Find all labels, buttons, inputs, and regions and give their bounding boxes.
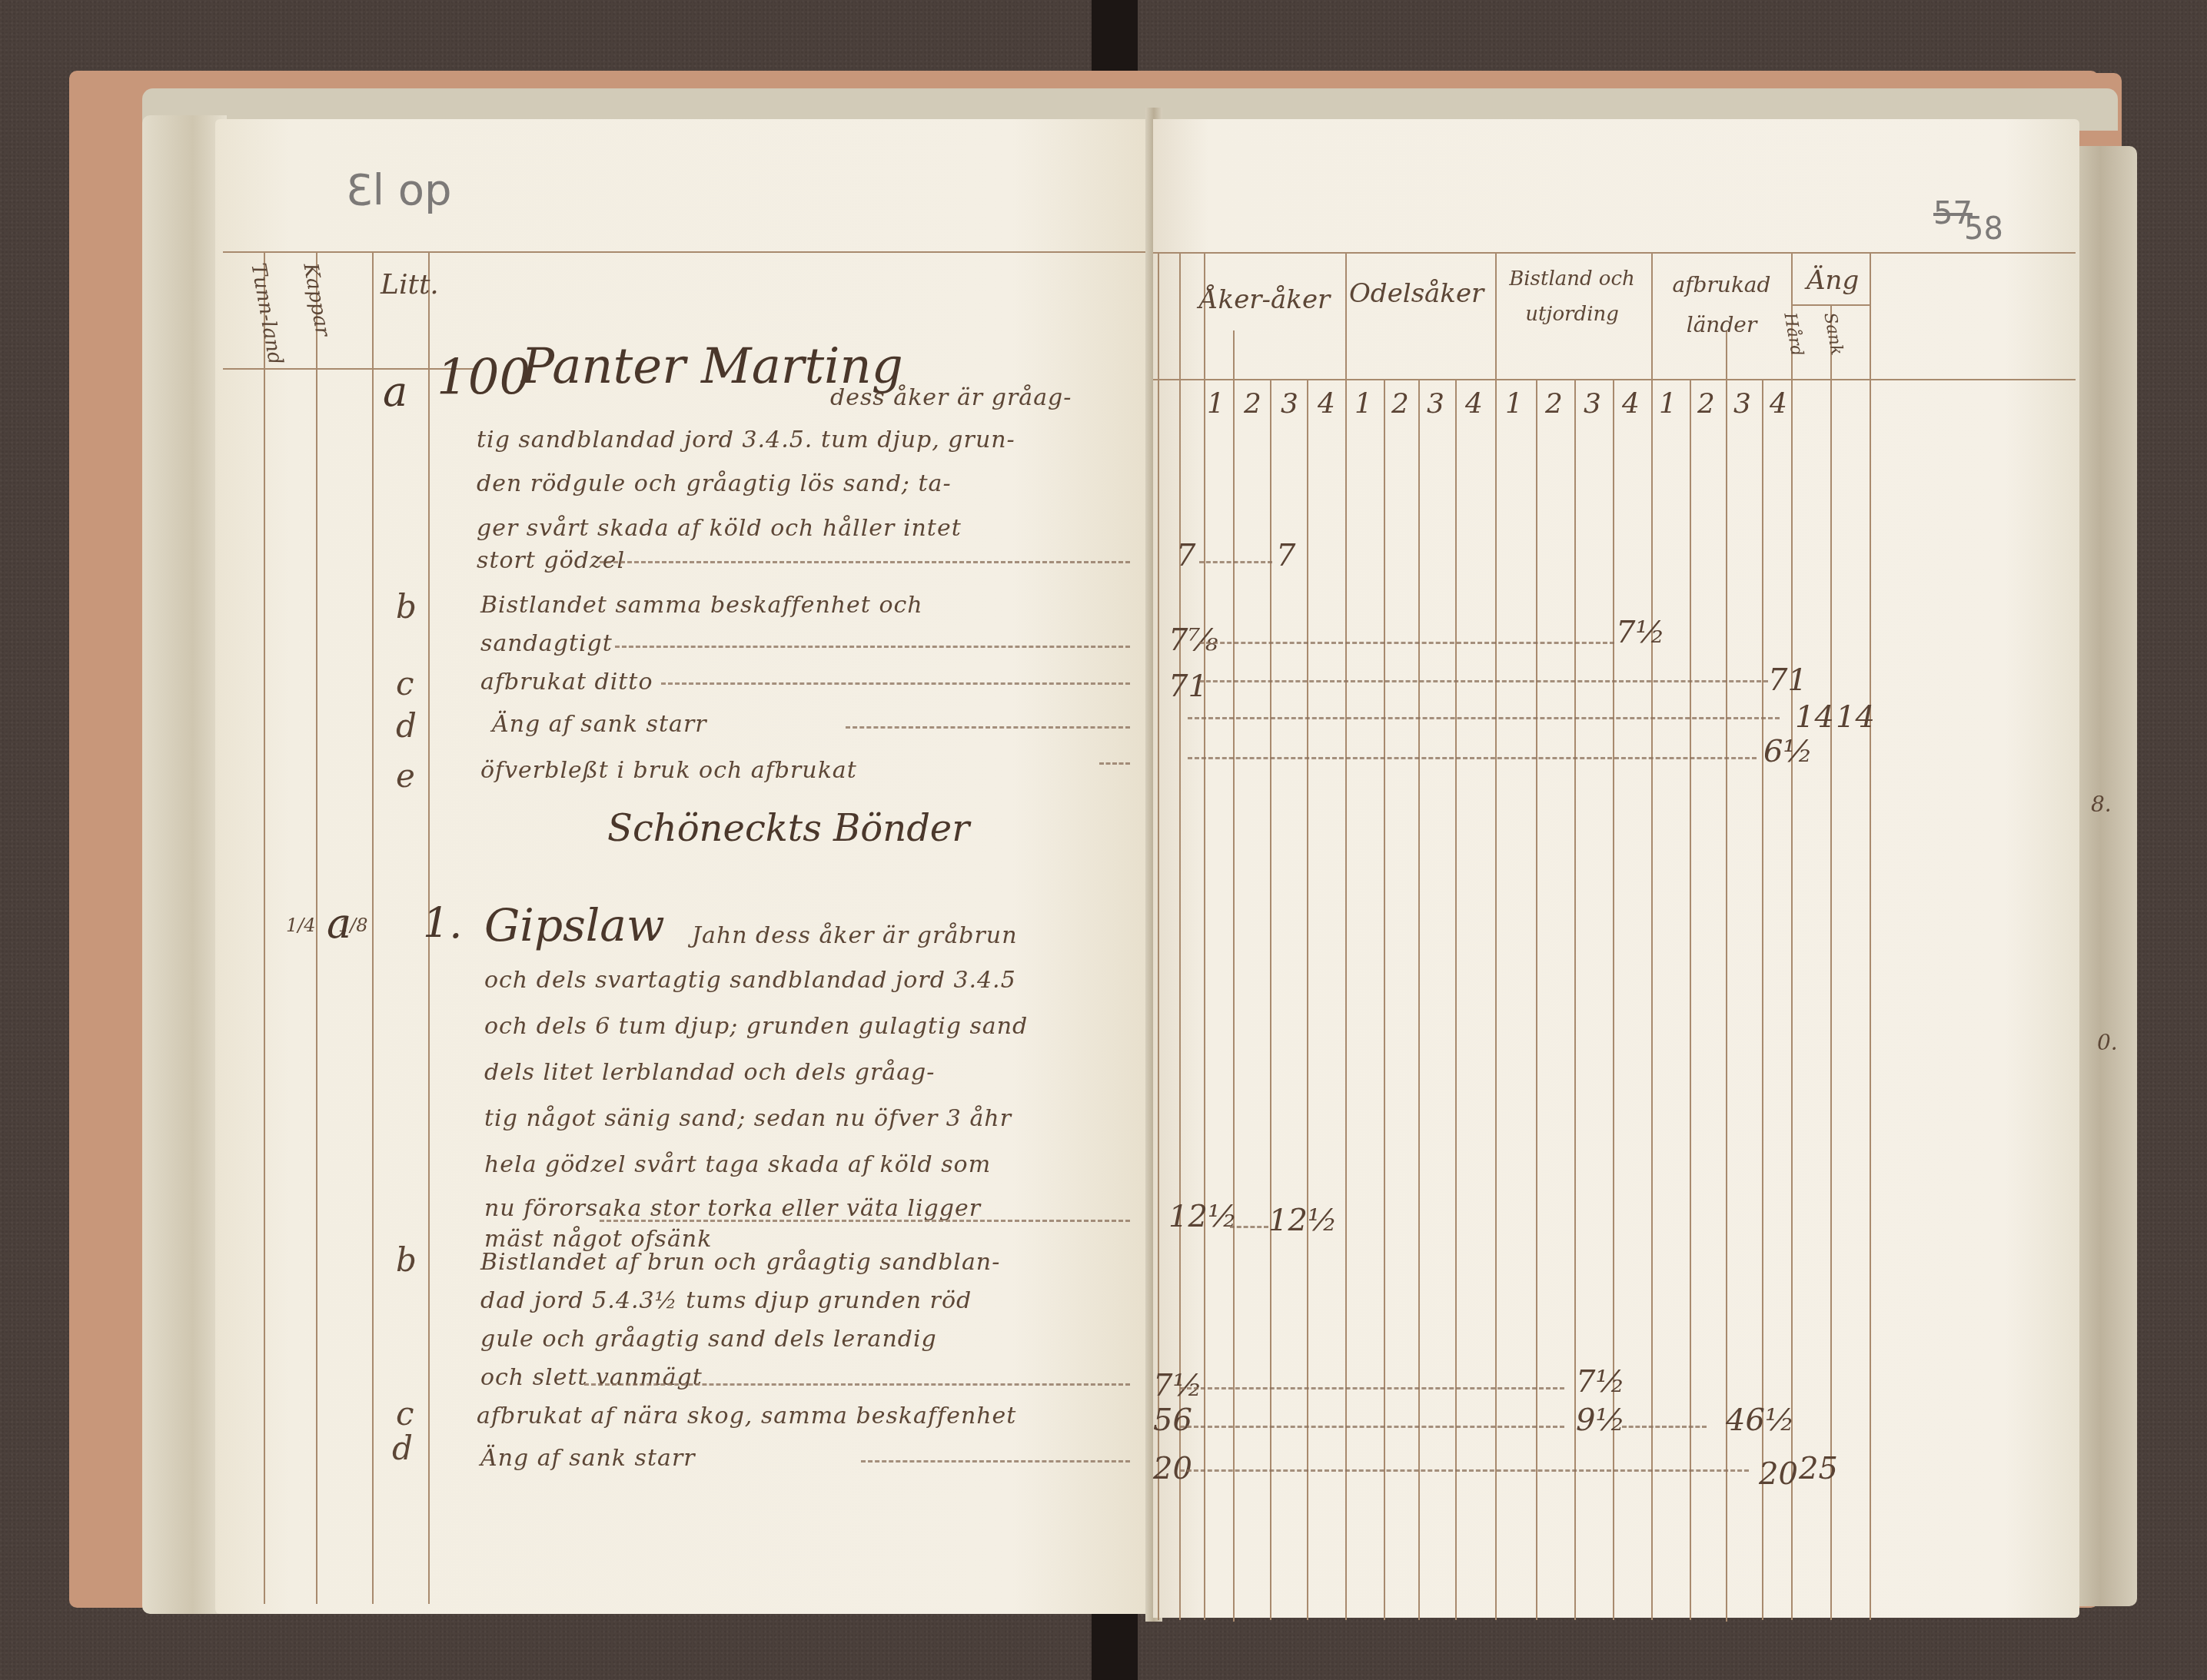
- entry-letter: a: [327, 899, 351, 948]
- entry-line: hela gödzel svårt taga skada af köld som: [484, 1151, 991, 1178]
- entry-line: och slett vanmägt: [480, 1364, 703, 1391]
- col-rule: [1690, 379, 1691, 1620]
- subcol-num: 3: [1584, 388, 1601, 420]
- colgroup-ang: Äng: [1806, 265, 1859, 296]
- entry-letter: e: [396, 757, 415, 795]
- header-bottom-rule: [1153, 379, 2076, 380]
- entry-line: dad jord 5.4.3½ tums djup grunden röd: [480, 1287, 972, 1314]
- entry-line: gule och gråagtig sand dels lerandig: [480, 1326, 937, 1353]
- subcol-num: 4: [1770, 388, 1787, 420]
- row-total: 7½: [1153, 1368, 1202, 1403]
- entry-line: Jahn dess åker är gråbrun: [692, 922, 1017, 949]
- entry-letter: a: [383, 367, 407, 416]
- pencil-page-number: 58: [1964, 211, 2003, 247]
- col-rule: [1830, 304, 1832, 1620]
- col-rule: [1455, 379, 1457, 1620]
- leader-dash: [1180, 1387, 1564, 1389]
- entry-line: den rödgule och gråagtig lös sand; ta-: [477, 470, 952, 497]
- leader-dash: [1188, 717, 1780, 719]
- entry-line: Bistlandet af brun och gråagtig sandblan…: [480, 1249, 1000, 1276]
- leader-dash: [615, 646, 1130, 648]
- col-rule: [1204, 252, 1205, 1620]
- header-top-rule: [223, 251, 1153, 253]
- leader-dash: [1622, 1426, 1707, 1428]
- entry-line: Äng af sank starr: [480, 1445, 696, 1472]
- subcol-num: 2: [1244, 388, 1261, 420]
- entry-number: 100: [437, 350, 530, 407]
- colgroup-odelsaker: Odelsåker: [1349, 278, 1484, 309]
- leader-dash: [1199, 561, 1272, 563]
- row-total: 56: [1153, 1403, 1192, 1438]
- subcol-num: 1: [1505, 388, 1523, 420]
- leader-dash: [1180, 1426, 1564, 1428]
- col-rule: [1345, 252, 1347, 1620]
- entry-line: och dels 6 tum djup; grunden gulagtig sa…: [484, 1013, 1028, 1040]
- row-total: 20: [1153, 1451, 1192, 1486]
- colgroup-bistland: Bistland och utjording: [1499, 261, 1645, 332]
- col-rule: [1870, 252, 1871, 1620]
- col-rule: [264, 251, 265, 1604]
- fraction-mark: 1/4: [286, 915, 316, 936]
- entry-line: afbrukat af nära skog, samma beskaffenhe…: [477, 1403, 1016, 1429]
- cell-value: 6½: [1763, 734, 1813, 769]
- subcol-num: 1: [1207, 388, 1225, 420]
- entry-letter: c: [396, 665, 414, 702]
- col-rule: [1651, 252, 1653, 1620]
- subcol-num: 2: [1697, 388, 1715, 420]
- entry-line: sandagtigt: [480, 630, 613, 657]
- cell-value: 9½: [1576, 1403, 1625, 1438]
- col-rule: [1536, 379, 1537, 1620]
- subcol-num: 1: [1354, 388, 1372, 420]
- cell-value: 20: [1759, 1456, 1798, 1492]
- entry-line: och dels svartagtig sandblandad jord 3.4…: [484, 967, 1016, 994]
- entry-letter: b: [396, 588, 417, 626]
- entry-line: dess åker är gråag-: [830, 384, 1072, 411]
- entry-line: tig sandblandad jord 3.4.5. tum djup, gr…: [477, 427, 1015, 453]
- subcol-num: 3: [1733, 388, 1751, 420]
- margin-mark: 8.: [2091, 792, 2112, 817]
- col-rule: [1495, 252, 1497, 1620]
- leader-dash: [1199, 680, 1768, 682]
- section-heading: Schöneckts Bönder: [607, 807, 969, 850]
- cell-value: 14: [1795, 699, 1834, 735]
- cell-value: 71: [1768, 662, 1807, 698]
- col-rule: [372, 251, 374, 1604]
- row-total: 7⅞: [1168, 623, 1218, 658]
- leader-dash: [584, 1383, 1130, 1386]
- col-rule: [1307, 379, 1308, 1620]
- entry-line: nu förorsaka stor torka eller väta ligge…: [484, 1195, 981, 1222]
- col-rule: [1418, 379, 1420, 1620]
- col-rule: [316, 251, 317, 1604]
- page-stack-left: [142, 115, 227, 1614]
- entry-line: Bistlandet samma beskaffenhet och: [480, 592, 923, 619]
- entry-title: Gipslaw: [484, 899, 665, 951]
- entry-letter: d: [392, 1429, 413, 1467]
- leader-dash: [861, 1460, 1130, 1463]
- row-total: 7: [1176, 538, 1195, 573]
- subcol-num: 3: [1427, 388, 1444, 420]
- subcol-num: 4: [1465, 388, 1483, 420]
- cell-value: 7: [1276, 538, 1295, 573]
- margin-mark: 0.: [2097, 1030, 2118, 1055]
- entry-line: Äng af sank starr: [492, 711, 707, 738]
- entry-line: ger svårt skada af köld och håller intet: [477, 515, 962, 542]
- page-stack-right: [2076, 146, 2137, 1606]
- entry-line: tig något sänig sand; sedan nu öfver 3 å…: [484, 1105, 1012, 1132]
- entry-letter: b: [396, 1241, 417, 1279]
- row-total: 71: [1168, 669, 1208, 704]
- cell-value: 14: [1836, 699, 1875, 735]
- entry-number: 1.: [423, 899, 463, 948]
- entry-line: dels litet lerblandad och dels gråag-: [484, 1059, 935, 1086]
- col-rule: [1384, 379, 1385, 1620]
- subcol-num: 1: [1659, 388, 1677, 420]
- leader-dash: [1188, 757, 1757, 759]
- col-rule: [1270, 379, 1271, 1620]
- subcol-num: 2: [1391, 388, 1409, 420]
- colgroup-afbrukad: afbrukad länder: [1654, 265, 1789, 345]
- leader-dash: [1230, 1226, 1268, 1228]
- colgroup-aker: Åker-åker: [1199, 284, 1330, 315]
- cell-value: 7½: [1616, 615, 1665, 650]
- entry-letter: d: [396, 707, 417, 745]
- header-col-litt: Litt.: [381, 269, 439, 300]
- leader-dash: [600, 1220, 1130, 1222]
- cell-value: 7½: [1576, 1364, 1625, 1399]
- cell-value: 25: [1799, 1451, 1838, 1486]
- subcol-num: 4: [1318, 388, 1335, 420]
- cell-value: 46½: [1726, 1403, 1795, 1438]
- cell-value: 12½: [1268, 1203, 1338, 1238]
- pencil-mark: Ɛl op: [346, 165, 452, 215]
- leader-dash: [846, 726, 1130, 729]
- header-top-rule: [1153, 252, 2076, 254]
- col-rule: [1233, 330, 1235, 1622]
- row-total: 12½: [1168, 1199, 1238, 1234]
- subcol-num: 2: [1545, 388, 1563, 420]
- entry-line: afbrukat ditto: [480, 669, 653, 696]
- entry-line: öfverbleßt i bruk och afbrukat: [480, 757, 857, 784]
- leader-dash: [1180, 1469, 1749, 1472]
- subcol-num: 3: [1281, 388, 1298, 420]
- entry-letter: c: [396, 1395, 414, 1433]
- leader-dash: [661, 682, 1130, 685]
- subcol-num: 4: [1622, 388, 1640, 420]
- leader-dash: [1099, 762, 1130, 765]
- leader-dash: [600, 561, 1130, 563]
- leader-dash: [1199, 642, 1614, 644]
